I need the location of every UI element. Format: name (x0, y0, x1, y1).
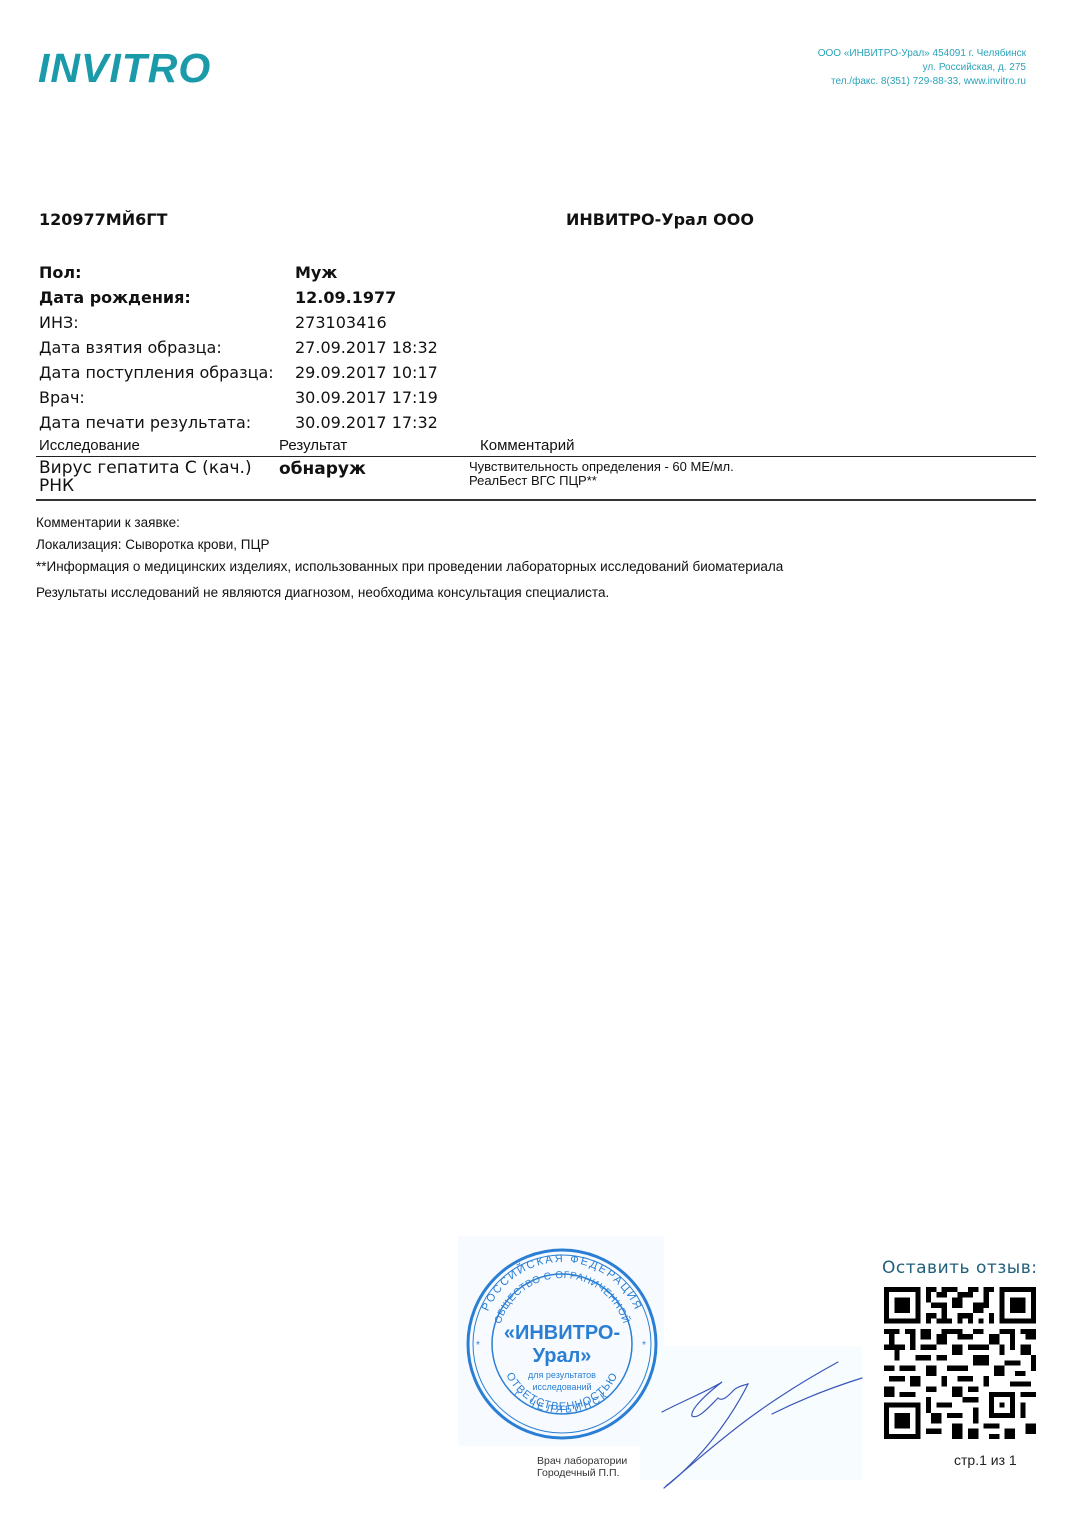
test-name-line: Вирус гепатита С (кач.) (39, 459, 279, 477)
test-comment: Чувствительность определения - 60 МЕ/мл.… (469, 460, 734, 488)
info-value: 30.09.2017 17:32 (295, 410, 519, 435)
signer: Врач лаборатории Городечный П.П. (537, 1455, 627, 1479)
column-header-result: Результат (279, 436, 347, 456)
info-row-inz: ИНЗ: 273103416 (39, 310, 519, 335)
info-row-doctor: Врач: 30.09.2017 17:19 (39, 385, 519, 410)
disclaimer: Результаты исследований не являются диаг… (36, 582, 783, 604)
info-value: 29.09.2017 10:17 (295, 360, 519, 385)
info-label: Дата поступления образца: (39, 360, 295, 385)
review-label: Оставить отзыв: (882, 1258, 1037, 1278)
comment-line: РеалБест ВГС ПЦР** (469, 474, 734, 488)
company-address: ООО «ИНВИТРО-Урал» 454091 г. Челябинск у… (818, 47, 1026, 89)
table-header: Исследование Результат Комментарий (36, 436, 1036, 457)
info-label: Дата печати результата: (39, 410, 295, 435)
test-result: обнаруж (279, 459, 366, 479)
comment-line: Чувствительность определения - 60 МЕ/мл. (469, 460, 734, 474)
info-value: 12.09.1977 (295, 285, 519, 310)
patient-info: Пол: Муж Дата рождения: 12.09.1977 ИНЗ: … (39, 260, 519, 435)
info-label: Пол: (39, 260, 295, 285)
address-line: ООО «ИНВИТРО-Урал» 454091 г. Челябинск (818, 47, 1026, 61)
qr-code-icon[interactable] (884, 1287, 1036, 1439)
info-value: 273103416 (295, 310, 519, 335)
info-value: 27.09.2017 18:32 (295, 335, 519, 360)
info-label: Дата рождения: (39, 285, 295, 310)
svg-text:«ИНВИТРО-: «ИНВИТРО- (504, 1322, 620, 1344)
info-row-sample-received: Дата поступления образца: 29.09.2017 10:… (39, 360, 519, 385)
lab-name: ИНВИТРО-Урал ООО (566, 210, 754, 229)
info-value: Муж (295, 260, 519, 285)
order-id: 120977МЙ6ГТ (39, 210, 167, 229)
column-header-comment: Комментарий (480, 436, 574, 456)
test-name: Вирус гепатита С (кач.) РНК (39, 459, 279, 495)
table-row: Вирус гепатита С (кач.) РНК обнаруж Чувс… (36, 457, 1036, 501)
signature-icon (640, 1340, 880, 1490)
info-label: ИНЗ: (39, 310, 295, 335)
signer-name: Городечный П.П. (537, 1467, 627, 1479)
info-label: Врач: (39, 385, 295, 410)
signer-title: Врач лаборатории (537, 1455, 627, 1467)
svg-text:*: * (476, 1340, 480, 1351)
notes: Комментарии к заявке: Локализация: Сывор… (36, 512, 783, 604)
info-row-sample-taken: Дата взятия образца: 27.09.2017 18:32 (39, 335, 519, 360)
info-row-birthdate: Дата рождения: 12.09.1977 (39, 285, 519, 310)
info-row-print-date: Дата печати результата: 30.09.2017 17:32 (39, 410, 519, 435)
test-name-line: РНК (39, 477, 279, 495)
svg-text:исследований: исследований (532, 1382, 591, 1392)
comments-title: Комментарии к заявке: (36, 512, 783, 534)
footnote: **Информация о медицинских изделиях, исп… (36, 556, 783, 578)
results-table: Исследование Результат Комментарий Вирус… (36, 436, 1036, 501)
invitro-logo: INVITRO (38, 44, 211, 92)
info-value: 30.09.2017 17:19 (295, 385, 519, 410)
localization: Локализация: Сыворотка крови, ПЦР (36, 534, 783, 556)
company-stamp-icon: РОССИЙСКАЯ ФЕДЕРАЦИЯ ОБЩЕСТВО С ОГРАНИЧЕ… (458, 1236, 664, 1446)
info-label: Дата взятия образца: (39, 335, 295, 360)
page-number: стр.1 из 1 (954, 1452, 1017, 1468)
column-header-test: Исследование (39, 436, 140, 456)
address-line: тел./факс. 8(351) 729-88-33, www.invitro… (818, 75, 1026, 89)
address-line: ул. Российская, д. 275 (818, 61, 1026, 75)
svg-text:Урал»: Урал» (533, 1345, 592, 1367)
svg-text:для результатов: для результатов (528, 1370, 596, 1380)
info-row-sex: Пол: Муж (39, 260, 519, 285)
